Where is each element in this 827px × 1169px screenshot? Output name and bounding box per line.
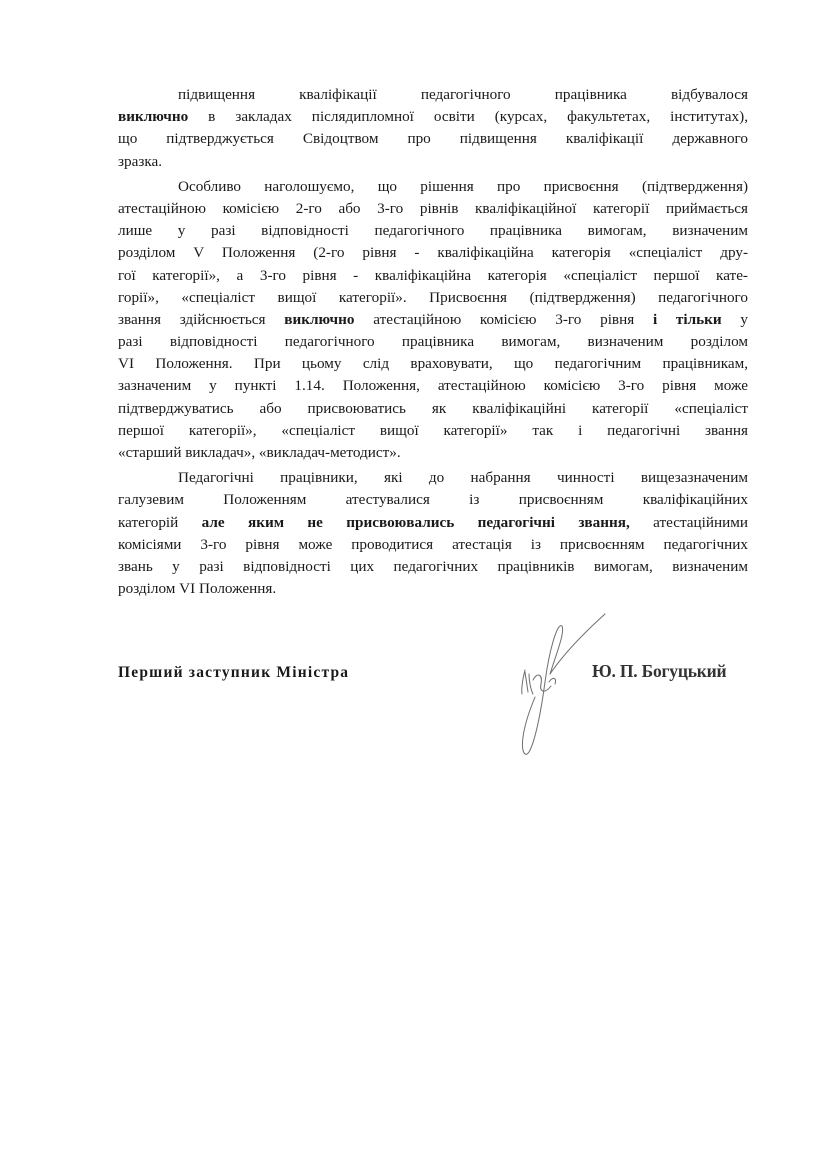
text-segment: атестаційними [630, 514, 748, 531]
text-segment: категорій [118, 514, 202, 531]
paragraph: Особливо наголошуємо, що рішення про при… [118, 176, 748, 464]
text-segment: лише у разі відповідності педагогічного … [118, 222, 748, 239]
text-line: розділом V Положення (2-го рівня - квалі… [118, 242, 748, 264]
text-line: першої категорії», «спеціаліст вищої кат… [118, 420, 748, 442]
text-line: виключно в закладах післядипломної освіт… [118, 106, 748, 128]
text-line: Педагогічні працівники, які до набрання … [118, 467, 748, 489]
text-segment: галузевим Положенням атестувалися із при… [118, 491, 748, 508]
text-line: VI Положення. При цьому слід враховувати… [118, 353, 748, 375]
text-line: підтверджуватись або присвоюватись як кв… [118, 398, 748, 420]
text-segment: комісіями 3-го рівня може проводитися ат… [118, 536, 748, 553]
text-segment: розділом VI Положення. [118, 580, 276, 597]
text-line: горії», «спеціаліст вищої категорії». Пр… [118, 287, 748, 309]
paragraph: Педагогічні працівники, які до набрання … [118, 467, 748, 600]
emphasized-text: але яким не присвоювались педагогічні зв… [202, 514, 630, 531]
text-line: звання здійснюється виключно атестаційно… [118, 309, 748, 331]
text-segment: першої категорії», «спеціаліст вищої кат… [118, 422, 748, 439]
text-line: лише у разі відповідності педагогічного … [118, 220, 748, 242]
text-line: підвищення кваліфікації педагогічного пр… [118, 84, 748, 106]
emphasized-text: виключно [118, 108, 188, 125]
text-line: комісіями 3-го рівня може проводитися ат… [118, 534, 748, 556]
text-segment: атестаційною комісією 2-го або 3-го рівн… [118, 200, 748, 217]
text-line: зразка. [118, 151, 748, 173]
paragraph: підвищення кваліфікації педагогічного пр… [118, 84, 748, 173]
text-segment: разі відповідності педагогічного працівн… [118, 333, 748, 350]
text-segment: атестаційною комісією 3-го рівня [354, 311, 652, 328]
text-line: розділом VI Положення. [118, 578, 748, 600]
text-line: зазначеним у пункті 1.14. Положення, ате… [118, 375, 748, 397]
text-segment: розділом V Положення (2-го рівня - квалі… [118, 244, 748, 261]
text-segment: VI Положення. При цьому слід враховувати… [118, 355, 748, 372]
text-line: що підтверджується Свідоцтвом про підвищ… [118, 128, 748, 150]
text-segment: звань у разі відповідності цих педагогіч… [118, 558, 748, 575]
text-line: категорій але яким не присвоювались педа… [118, 512, 748, 534]
handwritten-signature-icon [505, 612, 615, 762]
text-line: галузевим Положенням атестувалися із при… [118, 489, 748, 511]
document-page: підвищення кваліфікації педагогічного пр… [0, 0, 827, 1169]
text-line: разі відповідності педагогічного працівн… [118, 331, 748, 353]
text-segment: у [722, 311, 748, 328]
emphasized-text: і тільки [653, 311, 722, 328]
letter-body: підвищення кваліфікації педагогічного пр… [118, 84, 748, 600]
text-segment: звання здійснюється [118, 311, 284, 328]
text-segment: зазначеним у пункті 1.14. Положення, ате… [118, 377, 748, 394]
text-segment: Педагогічні працівники, які до набрання … [178, 469, 748, 486]
emphasized-text: виключно [284, 311, 354, 328]
text-segment: в закладах післядипломної освіти (курсах… [188, 108, 748, 125]
text-line: Особливо наголошуємо, що рішення про при… [118, 176, 748, 198]
text-segment: гої категорії», а 3-го рівня - кваліфіка… [118, 267, 748, 284]
text-line: атестаційною комісією 2-го або 3-го рівн… [118, 198, 748, 220]
text-line: гої категорії», а 3-го рівня - кваліфіка… [118, 265, 748, 287]
text-line: «старший викладач», «викладач-методист». [118, 442, 748, 464]
text-segment: що підтверджується Свідоцтвом про підвищ… [118, 130, 748, 147]
text-segment: зразка. [118, 153, 162, 170]
text-segment: підвищення кваліфікації педагогічного пр… [178, 86, 748, 103]
text-segment: горії», «спеціаліст вищої категорії». Пр… [118, 289, 748, 306]
text-segment: Особливо наголошуємо, що рішення про при… [178, 178, 748, 195]
text-line: звань у разі відповідності цих педагогіч… [118, 556, 748, 578]
signatory-name: Ю. П. Богуцький [592, 661, 726, 682]
text-segment: підтверджуватись або присвоюватись як кв… [118, 400, 748, 417]
signatory-position: Перший заступник Міністра [118, 664, 349, 682]
text-segment: «старший викладач», «викладач-методист». [118, 444, 401, 461]
